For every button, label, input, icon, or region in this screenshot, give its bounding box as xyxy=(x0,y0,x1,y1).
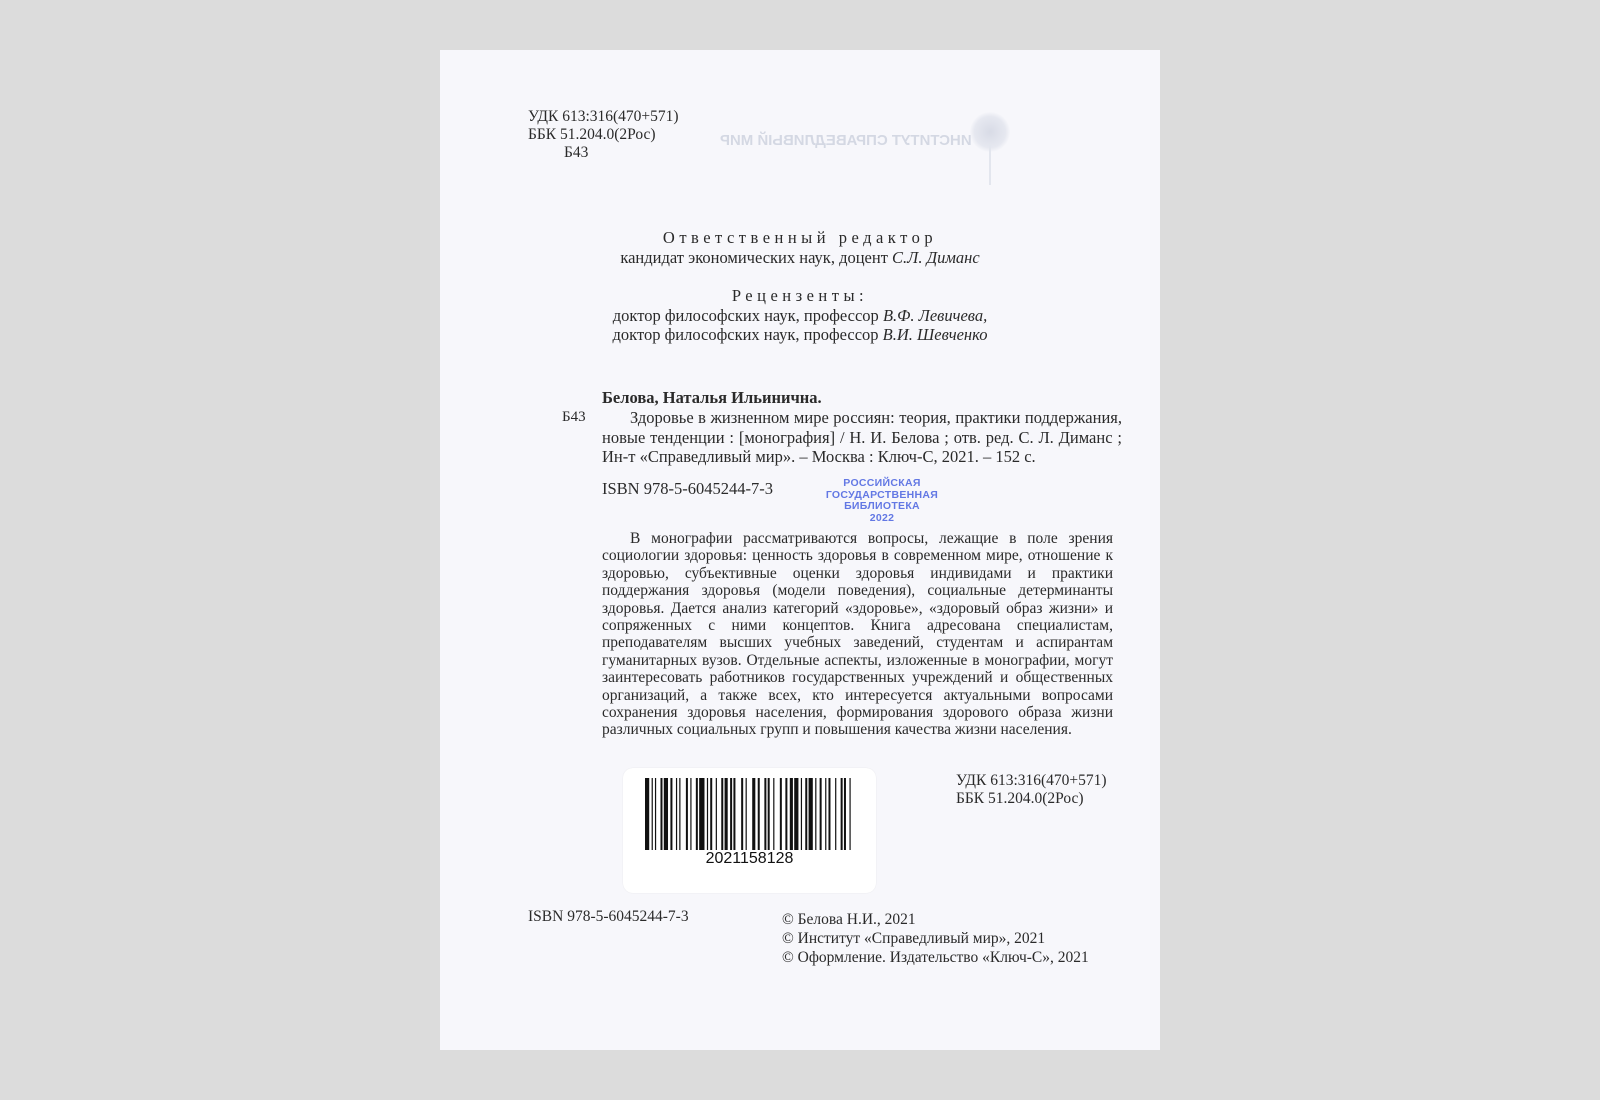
reviewer-credentials: доктор философских наук, профессор xyxy=(613,325,879,344)
copyright-line: © Институт «Справедливый мир», 2021 xyxy=(782,929,1089,948)
record-author-mark: Б43 xyxy=(562,408,602,467)
editor-block: Ответственный редактор кандидат экономич… xyxy=(440,228,1160,267)
editor-heading: Ответственный редактор xyxy=(440,228,1160,248)
footer-isbn: ISBN 978-5-6045244-7-3 xyxy=(528,908,689,926)
reviewers-block: Рецензенты: доктор философских наук, про… xyxy=(440,286,1160,345)
record-body: Б43 Здоровье в жизненном мире россиян: т… xyxy=(562,408,1122,467)
copyright-line: © Белова Н.И., 2021 xyxy=(782,910,1089,929)
copyright-block: © Белова Н.И., 2021 © Институт «Справедл… xyxy=(782,910,1089,967)
barcode-sticker: 2021158128 xyxy=(623,768,876,893)
stamp-year: 2022 xyxy=(812,513,952,525)
library-stamp: РОССИЙСКАЯ ГОСУДАРСТВЕННАЯ БИБЛИОТЕКА 20… xyxy=(812,478,952,524)
reviewer-line: доктор философских наук, профессор В.Ф. … xyxy=(440,306,1160,326)
reviewer-name: В.Ф. Левичева, xyxy=(883,306,987,325)
stamp-line: БИБЛИОТЕКА xyxy=(812,501,952,513)
editor-credentials: кандидат экономических наук, доцент xyxy=(620,248,888,267)
header-classification: УДК 613:316(470+571) ББК 51.204.0(2Рос) … xyxy=(528,108,679,162)
bbk-code: ББК 51.204.0(2Рос) xyxy=(528,126,679,144)
reviewer-name: В.И. Шевченко xyxy=(883,325,988,344)
reviewer-line: доктор философских наук, профессор В.И. … xyxy=(440,325,1160,345)
show-through-logo-stem xyxy=(989,145,991,185)
udk-code: УДК 613:316(470+571) xyxy=(528,108,679,126)
author-mark: Б43 xyxy=(528,144,679,162)
book-page: ИНСТИТУТ СПРАВЕДЛИВЫЙ МИР УДК 613:316(47… xyxy=(440,50,1160,1050)
stamp-line: РОССИЙСКАЯ xyxy=(812,478,952,490)
editor-name: С.Л. Диманс xyxy=(892,248,980,267)
bbk-code: ББК 51.204.0(2Рос) xyxy=(956,790,1107,808)
barcode-icon xyxy=(645,778,855,850)
footer-classification: УДК 613:316(470+571) ББК 51.204.0(2Рос) xyxy=(956,772,1107,808)
record-author: Белова, Наталья Ильинична. xyxy=(602,388,1122,408)
record-description: Здоровье в жизненном мире россиян: теори… xyxy=(602,408,1122,467)
udk-code: УДК 613:316(470+571) xyxy=(956,772,1107,790)
copyright-line: © Оформление. Издательство «Ключ-С», 202… xyxy=(782,948,1089,967)
editor-line: кандидат экономических наук, доцент С.Л.… xyxy=(440,248,1160,268)
annotation-text: В монографии рассматриваются вопросы, ле… xyxy=(602,530,1113,739)
reviewers-heading: Рецензенты: xyxy=(440,286,1160,306)
reviewer-credentials: доктор философских наук, профессор xyxy=(613,306,879,325)
barcode-number: 2021158128 xyxy=(623,850,876,868)
show-through-publisher: ИНСТИТУТ СПРАВЕДЛИВЫЙ МИР xyxy=(720,132,972,149)
